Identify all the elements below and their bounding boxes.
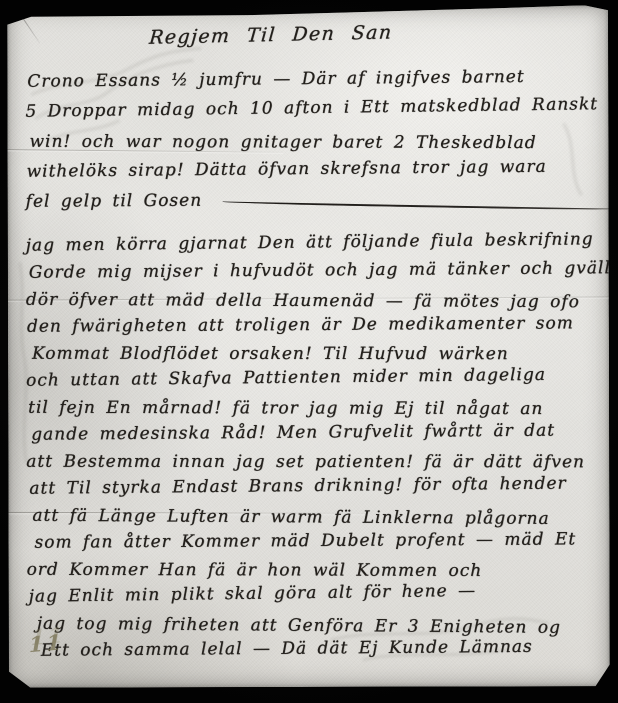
handwritten-line: gande medesinska Råd! Men Grufvelit fwår… (31, 417, 609, 449)
handwritten-line: Gorde mig mijser i hufvudöt och jag mä t… (29, 255, 609, 287)
handwritten-line: fel gelp til Gosen (26, 183, 609, 217)
scanned-letter: Regjem Til Den San Crono Essans ½ jumfru… (0, 0, 618, 703)
prescription-paragraph: Crono Essans ½ jumfru — Där af ingifves … (25, 65, 608, 217)
ink-flourish-dash (223, 202, 611, 212)
handwritten-line: jag men körra gjarnat Den ätt följande f… (26, 226, 609, 260)
handwritten-line: withelöks sirap! Dätta öfvan skrefsna tr… (26, 151, 608, 187)
corner-fold-crease (20, 15, 40, 44)
letter-heading: Regjem Til Den San (148, 21, 393, 48)
handwritten-line-text: fel gelp til Gosen (26, 191, 203, 212)
body-paragraph: jag men körra gjarnat Den ätt följande f… (26, 231, 610, 665)
letter-page: Regjem Til Den San Crono Essans ½ jumfru… (7, 5, 610, 688)
handwritten-line: som fan åtter Kommer mäd Dubelt profent … (34, 526, 609, 557)
handwritten-line: Ett och samma lelal — Dä dät Ej Kunde Lä… (41, 633, 610, 664)
handwritten-line: 5 Droppar midag och 10 afton i Ett matsk… (25, 89, 608, 127)
handwritten-line: den fwärigheten att troligen är De medik… (27, 310, 609, 341)
handwritten-line: att Til styrka Endast Brans drikning! fö… (29, 470, 609, 503)
archival-pencil-mark: 11 (29, 629, 65, 657)
handwritten-line: och uttan att Skafva Pattienten mider mi… (26, 361, 609, 395)
